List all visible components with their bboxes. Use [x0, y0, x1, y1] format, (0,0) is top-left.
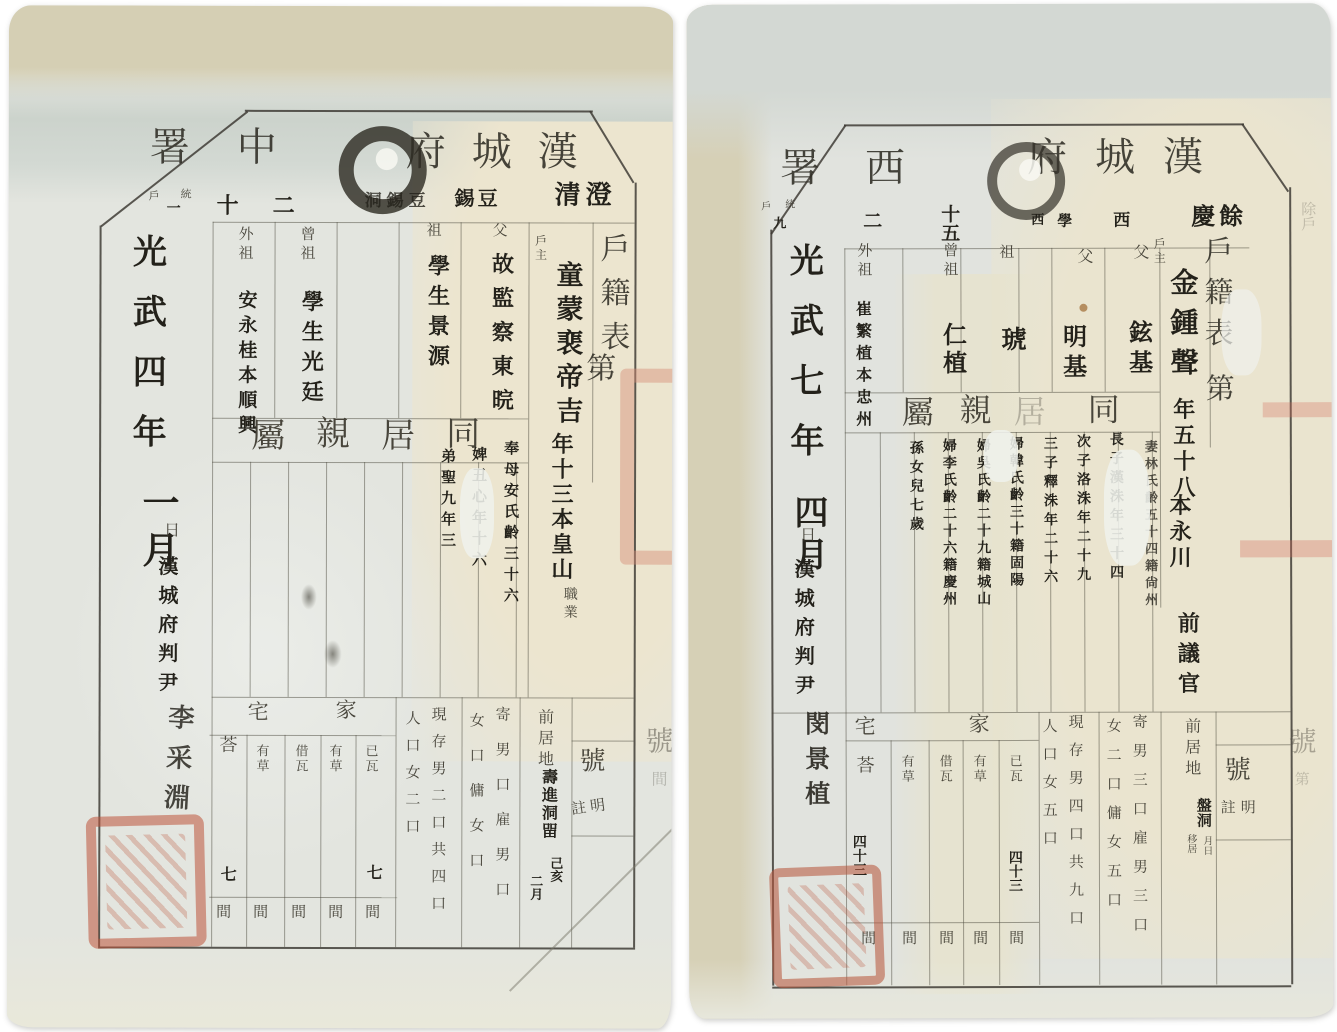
father-label: 父: [1133, 246, 1149, 262]
grid-line: [528, 222, 530, 697]
number-cell-label: 號: [1225, 757, 1251, 783]
cohabit-header-chin: 親: [316, 418, 350, 452]
grid-line: [284, 735, 286, 897]
great-grandfather-name: 學生光廷: [300, 290, 322, 410]
grid-line: [245, 110, 593, 113]
grid-line: [288, 462, 290, 697]
paper-light-center: [67, 435, 458, 866]
register-title: 戶籍表: [596, 233, 626, 365]
bleed-through-ghost-char2: 第: [1295, 773, 1310, 788]
grid-line: [519, 697, 521, 947]
previous-residence-value: 盤洞: [1195, 797, 1210, 827]
father-name: 故監察東晥: [490, 252, 512, 422]
previous-residence-label: 前居地: [535, 708, 551, 771]
kan-unit: 間: [216, 906, 231, 921]
house-section-label: 家: [969, 714, 990, 735]
paper-top-grey-band: [687, 3, 1331, 160]
grid-line: [844, 123, 1244, 126]
present-count-line2: 人口女五口: [1041, 718, 1056, 858]
grid-line: [212, 697, 634, 699]
grid-line: [461, 697, 463, 947]
relative-entry: 婦李氏齡二十六籍慶州: [941, 438, 955, 608]
prefecture-title: 漢城府: [432, 132, 604, 172]
great-grandfather-name: 仁植: [940, 322, 964, 378]
grid-line: [1216, 839, 1291, 841]
strip-number-1: 二: [273, 195, 295, 217]
grid-line: [274, 222, 276, 418]
dong-name: 豆錫洞: [361, 192, 431, 209]
lodgers-line1: 寄男口雇男口: [493, 706, 508, 916]
kan-unit: 間: [253, 906, 268, 921]
site-section-label: 宅: [248, 702, 269, 723]
relative-entry: 弟聖九年三: [439, 448, 454, 553]
strip-dong-char1: 學: [1057, 215, 1072, 230]
grid-line: [929, 740, 931, 922]
householder-name: 金鍾聲: [1167, 268, 1195, 388]
grandfather-name: 琥: [1002, 328, 1027, 353]
householder-origin: 本永川: [1168, 494, 1190, 572]
faint-red-seal-mark: [1263, 402, 1332, 417]
grid-line: [1216, 744, 1291, 746]
move-date-note-a: 己亥: [549, 856, 562, 882]
father-label: 父: [493, 224, 508, 239]
present-count-line1: 現存男四口共九口: [1067, 714, 1083, 938]
house-section-label: 家: [336, 700, 357, 721]
cohabit-header-sok: 屬: [251, 420, 285, 454]
red-official-seal: [86, 814, 207, 949]
tong-label: 統: [181, 190, 192, 201]
grid-line: [571, 835, 633, 837]
grid-line: [772, 711, 1291, 714]
grid-line: [250, 462, 252, 697]
district-title: 中署: [197, 128, 324, 168]
grid-line: [246, 897, 247, 947]
site-sub-label: 荅: [857, 756, 875, 774]
day-label: 日: [800, 529, 816, 545]
cohabit-header-tong: 同: [1088, 394, 1120, 426]
register-number-prefix: 第: [1206, 375, 1235, 404]
grid-line: [460, 222, 462, 418]
paper-damage-patch: [1104, 450, 1150, 566]
kan-unit: 間: [328, 906, 343, 921]
cohabit-header-sok: 屬: [902, 396, 934, 428]
lodgers-line1: 寄男三口雇男三口: [1131, 714, 1147, 946]
grid-line: [963, 740, 965, 922]
tong-number: 一: [167, 203, 181, 217]
bleed-through-ghost-char: 號: [645, 729, 673, 757]
site-sub-label: 荅: [220, 736, 238, 754]
grandfather-name: 學生景源: [426, 254, 448, 374]
grid-line: [211, 222, 214, 947]
magistrate-signature: 李采淵: [160, 703, 192, 824]
ward-name: 餘慶: [1191, 205, 1247, 229]
grid-line: [355, 735, 357, 897]
grid-line: [846, 740, 1039, 742]
ward-name: 澄清: [557, 182, 617, 208]
grid-line: [355, 897, 356, 947]
kan-unit: 間: [939, 932, 954, 947]
ho-label: 戶: [761, 203, 771, 213]
grid-line: [1241, 123, 1289, 192]
paper-left-beige-band: [687, 5, 775, 1019]
bleed-through-ghost-char: 號: [1289, 729, 1317, 757]
father-name: 鉉基: [1125, 320, 1149, 380]
grid-line: [633, 183, 637, 948]
great-grandfather-label: 曾祖: [941, 242, 956, 280]
magistrate-title: 漢城府判尹: [156, 556, 176, 701]
grid-line: [571, 697, 573, 947]
householder-label: 戶主: [1153, 238, 1165, 266]
relative-entry: 次子洛洙年二十九: [1075, 434, 1089, 586]
householder-name: 童蒙裵帝吉: [553, 260, 580, 430]
great-grandfather-label: 曾祖: [299, 226, 314, 264]
householder-age: 年五十八: [1172, 398, 1194, 502]
ho-label: 戶: [149, 192, 160, 203]
relative-entry: 三子釋洙年二十六: [1042, 436, 1056, 588]
tong-number: 九: [773, 217, 786, 230]
grid-line: [844, 247, 1249, 249]
cohabit-header-chin: 親: [960, 394, 992, 426]
move-label-1: 移居: [1185, 834, 1195, 854]
lodgers-line2: 女口傭女口: [467, 712, 482, 887]
kan-unit: 間: [902, 932, 917, 947]
red-official-seal: [769, 864, 885, 988]
strip-number-2: 二: [863, 212, 882, 231]
previous-residence-label: 前居地: [1183, 718, 1199, 781]
site-section-label: 宅: [855, 716, 876, 737]
grid-line: [999, 922, 1001, 985]
relative-entry: 孫女兒七歲: [908, 440, 922, 535]
era-year: 光武七年: [785, 242, 820, 482]
grid-line: [1289, 187, 1293, 984]
document-left-sheet: 漢城府 中署 澄清 豆錫 豆錫洞 二 十 統 一 戶 戶籍表 第 戶主 童蒙裵帝…: [7, 5, 673, 1028]
grid-line: [902, 248, 904, 392]
grid-line: [1018, 248, 1020, 392]
grid-line: [1099, 712, 1101, 985]
photo-two-hojeok-register-documents: { "page": {"background": "#ffffff"}, "co…: [0, 0, 1337, 1032]
bleed-through-ghost-top: 除戶: [1299, 201, 1314, 231]
grandfather-label: 祖: [999, 246, 1014, 261]
kan-unit: 間: [291, 906, 306, 921]
grid-line: [364, 462, 366, 697]
grid-line: [1159, 248, 1161, 608]
ink-smudge: [301, 584, 317, 610]
district-title: 西署: [824, 148, 950, 188]
day-label: 日: [164, 524, 180, 540]
cohabit-header-geo: 居: [381, 420, 415, 454]
number-cell-label: 號: [579, 749, 605, 775]
householder-age-origin: 年十三本皇山: [550, 432, 572, 582]
grid-line: [891, 922, 893, 985]
move-label-2: 月日: [1201, 835, 1211, 855]
strip-gye-char: 西: [1113, 212, 1130, 229]
maternal-grandfather-name: 崔繁植本忠州: [853, 300, 869, 432]
grid-line: [320, 897, 321, 947]
grid-line: [209, 897, 397, 899]
grid-line: [572, 740, 634, 742]
householder-occupation: 前議官: [1176, 612, 1198, 702]
bleed-through-ghost-char2: 間: [651, 773, 667, 789]
tile-borrowed-label: 借瓦: [294, 744, 307, 774]
grandfather-label: 祖: [427, 224, 442, 239]
official-circular-seal-icon: [987, 142, 1065, 220]
grid-line: [402, 462, 404, 697]
paper-damage-patch: [984, 430, 1018, 482]
occupation-label: 職業: [562, 586, 576, 622]
grid-line: [880, 432, 882, 712]
thatch2-label: 有草: [901, 754, 914, 784]
grid-line: [284, 897, 285, 947]
gye-name: 豆錫: [457, 189, 501, 209]
relative-entry: 奉母安氏齡三十六: [502, 440, 517, 608]
grid-line: [999, 740, 1001, 922]
table-grid-lines: [687, 3, 1331, 5]
kan-unit: 間: [973, 932, 988, 947]
magistrate-signature: 閔景植: [803, 710, 828, 815]
house-kan-count: 四十三: [1007, 850, 1021, 892]
era-year: 光武四年: [128, 234, 163, 474]
cohabit-header-geo: 居: [1014, 396, 1046, 428]
grid-line: [1051, 248, 1053, 392]
note-cell-label: 明註: [1217, 801, 1261, 816]
tile-borrowed-label: 借瓦: [939, 754, 952, 784]
thatch2-label: 有草: [255, 744, 268, 774]
grid-line: [398, 222, 400, 418]
ink-smudge: [324, 640, 342, 668]
maternal-grandfather-label: 外祖: [855, 242, 870, 280]
table-grid-lines: [9, 5, 673, 6]
site-kan-count: 七: [218, 866, 234, 882]
grid-line: [1161, 712, 1163, 985]
thatch-owned-label: 有草: [973, 754, 986, 784]
paper-damage-patch: [460, 468, 494, 558]
paper-top-beige-band: [9, 5, 673, 101]
previous-residence-value: 壽進洞㽞: [539, 768, 555, 840]
kan-unit: 間: [365, 906, 380, 921]
prefecture-title: 漢城府: [1055, 137, 1231, 177]
thatch-owned-label: 有草: [328, 744, 341, 774]
grid-line: [929, 922, 931, 985]
document-right-sheet: 漢城府 西署 餘慶 西 學 西 十五 二 統 九 戶 戶籍表 第 戶主 金鍾聲 …: [687, 3, 1334, 1019]
birth-father-label: 父: [1077, 250, 1093, 266]
grid-line: [246, 735, 248, 897]
householder-label: 戶主: [535, 234, 547, 262]
magistrate-title: 漢城府判尹: [792, 559, 812, 704]
birth-father-name: 明基: [1060, 324, 1084, 384]
strip-dong-char2: 西: [1031, 213, 1044, 226]
present-count-line1: 現存男二口共四口: [429, 706, 444, 922]
strip-number-1: 十五: [939, 204, 958, 242]
grid-line: [1104, 248, 1106, 392]
tile-owned-label: 已瓦: [1009, 754, 1022, 784]
grid-line: [772, 985, 1291, 989]
note-cell-label: 明註: [571, 798, 611, 818]
paper-damage-patch: [1221, 289, 1261, 375]
house-kan-count: 七: [364, 864, 380, 880]
grid-line: [1216, 711, 1218, 984]
move-date-note-b: 二月: [529, 874, 542, 900]
faint-red-edge-seal: [620, 369, 673, 565]
register-number-prefix: 第: [586, 355, 616, 385]
present-count-line2: 人口女二口: [403, 710, 418, 845]
strip-number-2: 十: [217, 195, 239, 217]
kan-unit: 間: [1009, 932, 1024, 947]
grid-line: [963, 922, 965, 985]
grid-line: [320, 735, 322, 897]
maternal-grandfather-label: 外祖: [237, 226, 252, 264]
foxing-spot: [1079, 304, 1087, 312]
lodgers-line2: 女二口傭女五口: [1105, 718, 1121, 921]
faint-red-seal-mark: [1240, 540, 1332, 557]
grid-line: [891, 740, 893, 922]
tile-owned-label: 已瓦: [364, 744, 377, 774]
tong-label: 統: [785, 201, 795, 211]
grid-line: [336, 222, 338, 418]
